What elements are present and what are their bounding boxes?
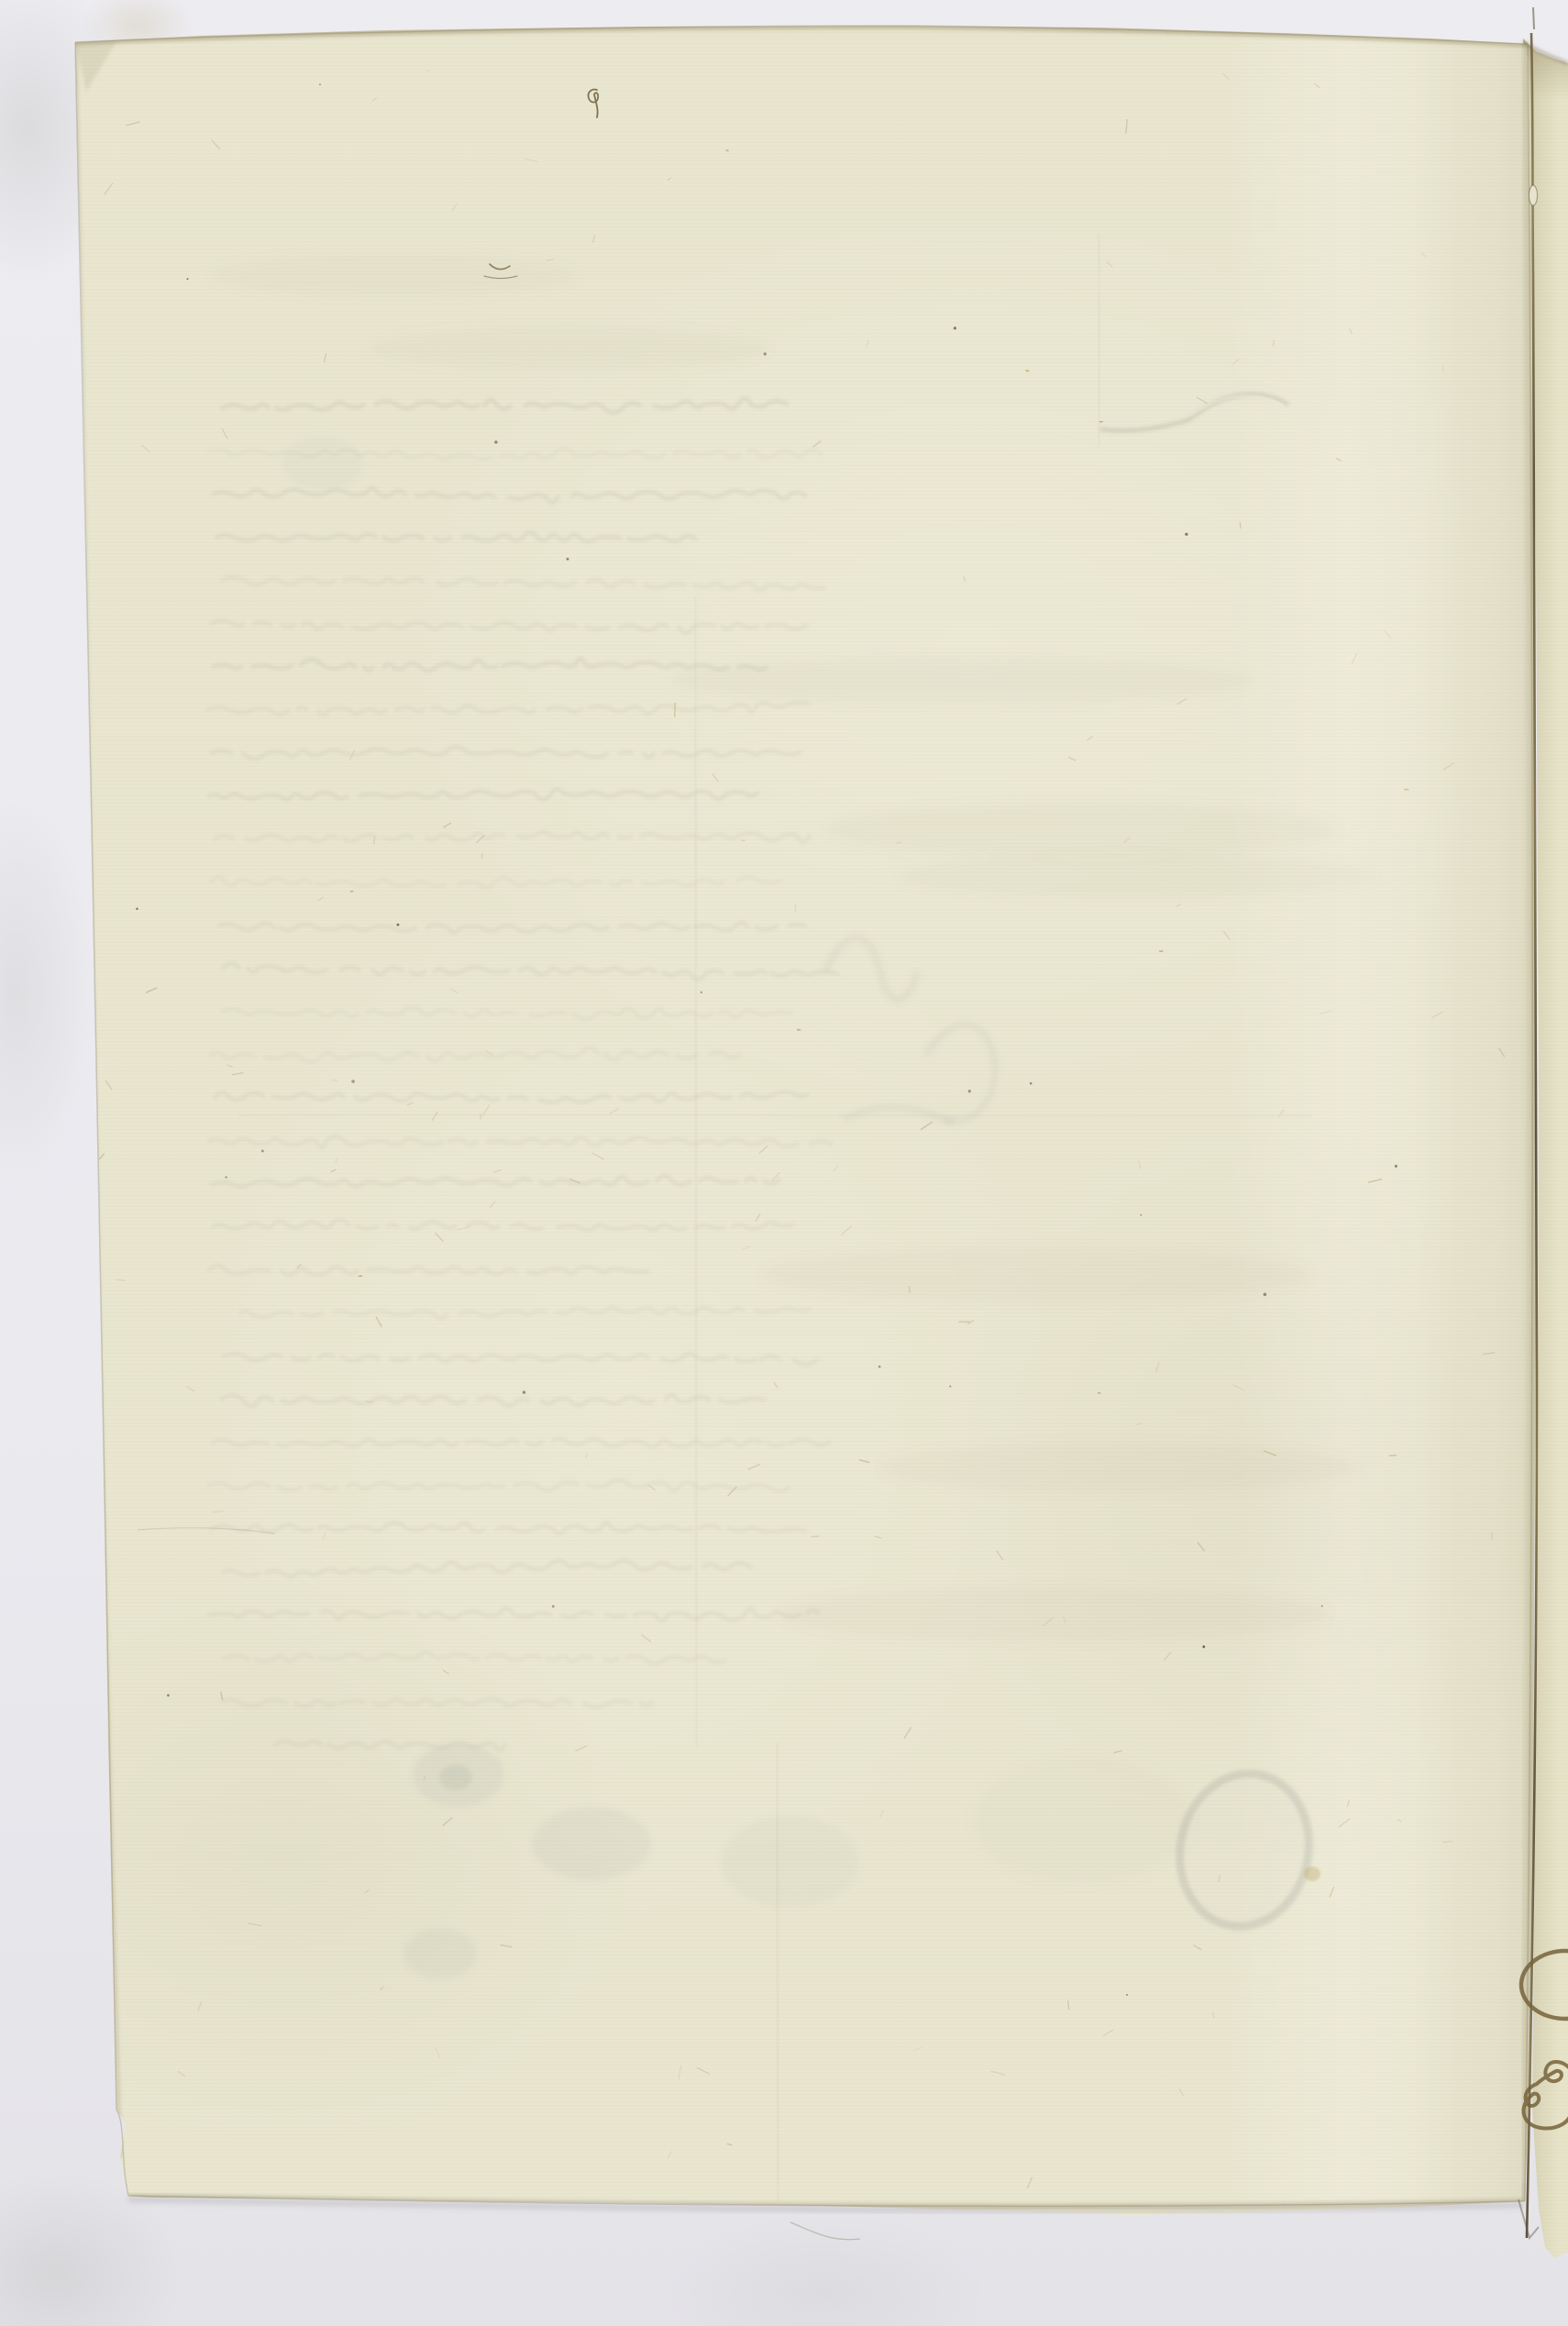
glue-spot xyxy=(1529,185,1538,205)
page-outline xyxy=(75,26,1532,2206)
adjacent-page-top-edge xyxy=(1523,42,1568,63)
background-scratch xyxy=(790,2222,860,2240)
scanned-document xyxy=(0,0,1568,2326)
gutter-crease-top xyxy=(1533,7,1534,29)
overlay-layer xyxy=(0,0,1568,2326)
